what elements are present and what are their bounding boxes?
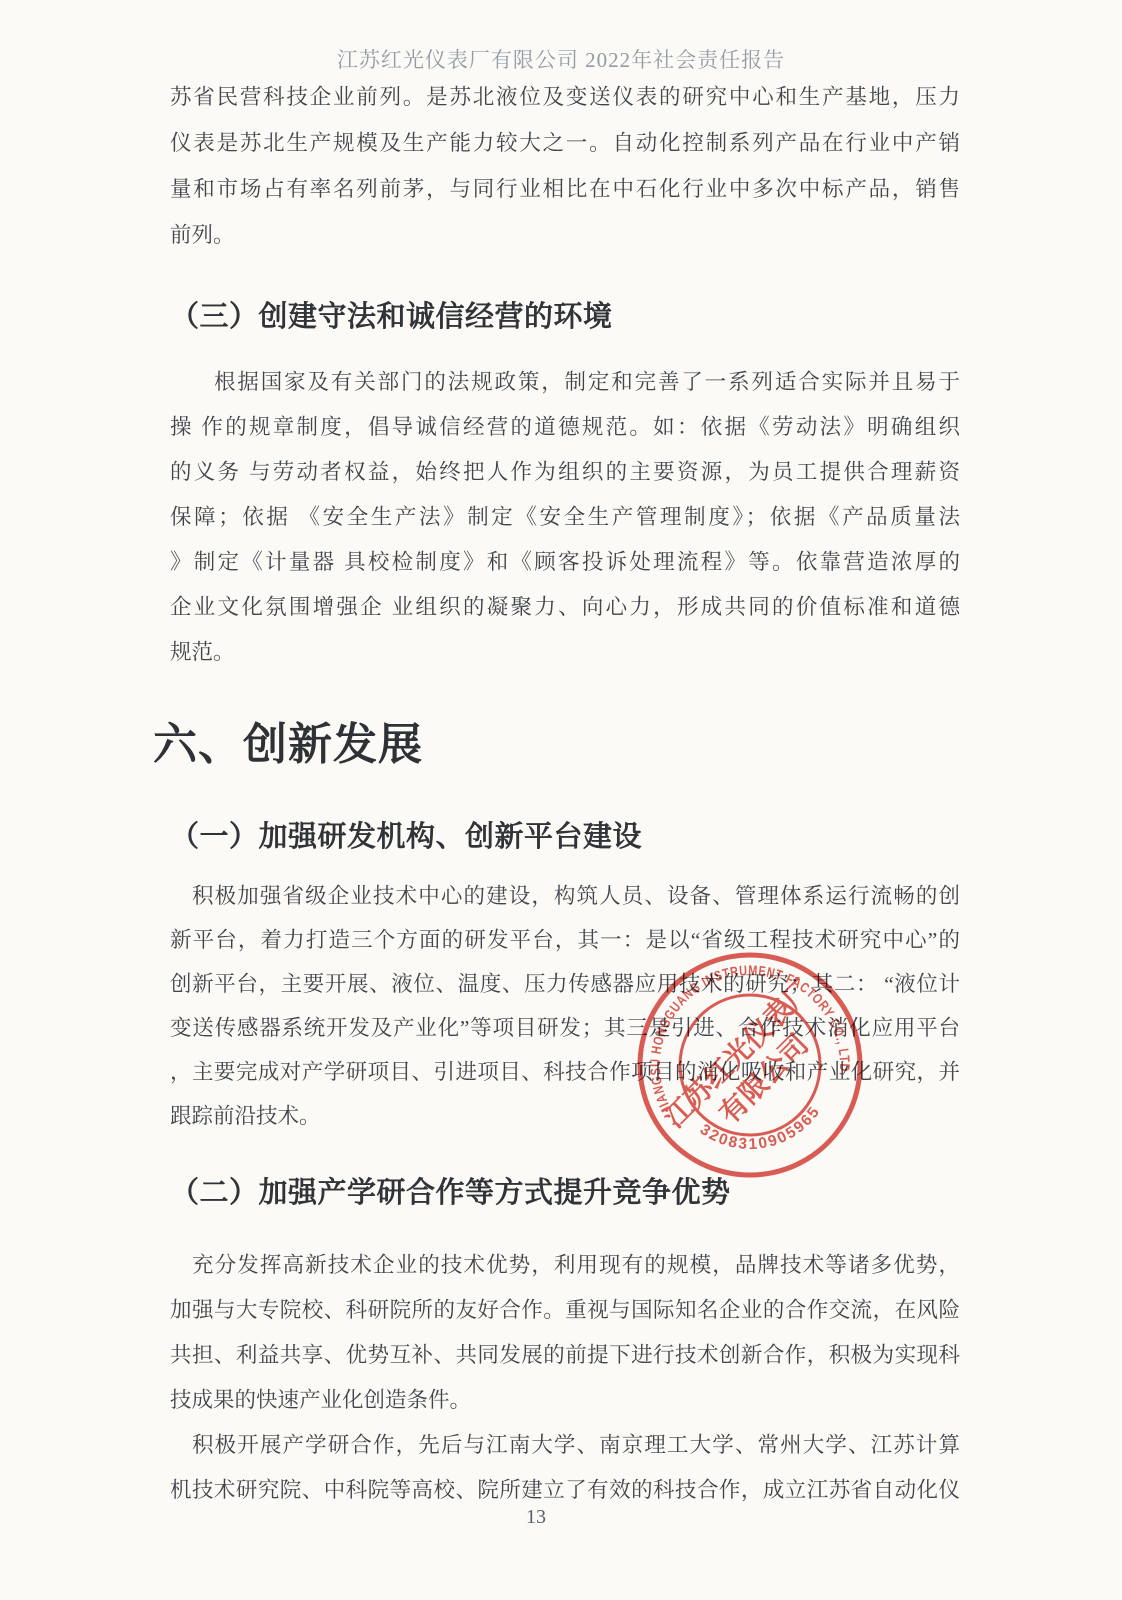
paragraph-competitive-advantage: 充分发挥高新技术企业的技术优势，利用现有的规模，品牌技术等诸多优势， 加强与大专… <box>170 1243 960 1423</box>
company-seal-stamp: JIANGSU HONGGUANG INSTRUMENT FACTORY CO.… <box>632 947 868 1183</box>
text-line: 前列。 <box>170 212 960 258</box>
text-line: 根据国家及有关部门的法规政策，制定和完善了一系列适合实际并且易于 <box>170 360 960 405</box>
section-heading-three: （三）创建守法和诚信经营的环境 <box>170 295 990 339</box>
text-line: 操 作的规章制度，倡导诚信经营的道德规范。如：依据《劳动法》明确组织 <box>170 405 960 450</box>
text-line: 共担、利益共享、优势互补、共同发展的前提下进行技术创新合作，积极为实现科 <box>170 1333 960 1378</box>
text-line: 苏省民营科技企业前列。是苏北液位及变送仪表的研究中心和生产基地，压力 <box>170 74 960 120</box>
text-line: 企业文化氛围增强企 业组织的凝聚力、向心力，形成共同的价值标准和道德 <box>170 585 960 630</box>
report-page: 江苏红光仪表厂有限公司 2022年社会责任报告 苏省民营科技企业前列。是苏北液位… <box>0 0 1122 1600</box>
text-line: 积极开展产学研合作，先后与江南大学、南京理工大学、常州大学、江苏计算 <box>170 1423 960 1468</box>
text-line: 仪表是苏北生产规模及生产能力较大之一。自动化控制系列产品在行业中产销 <box>170 120 960 166</box>
paragraph-university-cooperation: 积极开展产学研合作，先后与江南大学、南京理工大学、常州大学、江苏计算 机技术研究… <box>170 1423 960 1513</box>
text-line: 加强与大专院校、科研院所的友好合作。重视与国际知名企业的合作交流，在风险 <box>170 1288 960 1333</box>
paragraph-compliance: 根据国家及有关部门的法规政策，制定和完善了一系列适合实际并且易于 操 作的规章制… <box>170 360 960 675</box>
page-header: 江苏红光仪表厂有限公司 2022年社会责任报告 <box>0 44 1122 74</box>
paragraph-market-position: 苏省民营科技企业前列。是苏北液位及变送仪表的研究中心和生产基地，压力 仪表是苏北… <box>170 74 960 258</box>
text-line: 积极加强省级企业技术中心的建设，构筑人员、设备、管理体系运行流畅的创 <box>170 874 960 918</box>
chapter-heading-innovation: 六、创新发展 <box>153 716 973 774</box>
text-line: 技成果的快速产业化创造条件。 <box>170 1378 960 1423</box>
text-line: 规范。 <box>170 630 960 675</box>
section-heading-one: （一）加强研发机构、创新平台建设 <box>170 815 990 859</box>
text-line: 保障；依据 《安全生产法》制定《安全生产管理制度》；依据《产品质量法 <box>170 495 960 540</box>
text-line: 充分发挥高新技术企业的技术优势，利用现有的规模，品牌技术等诸多优势， <box>170 1243 960 1288</box>
page-number: 13 <box>0 1506 1072 1529</box>
text-line: 量和市场占有率名列前茅，与同行业相比在中石化行业中多次中标产品，销售 <box>170 166 960 212</box>
text-line: 》制定《计量器 具校检制度》和《顾客投诉处理流程》等。依靠营造浓厚的 <box>170 540 960 585</box>
text-line: 的义务 与劳动者权益，始终把人作为组织的主要资源，为员工提供合理薪资 <box>170 450 960 495</box>
